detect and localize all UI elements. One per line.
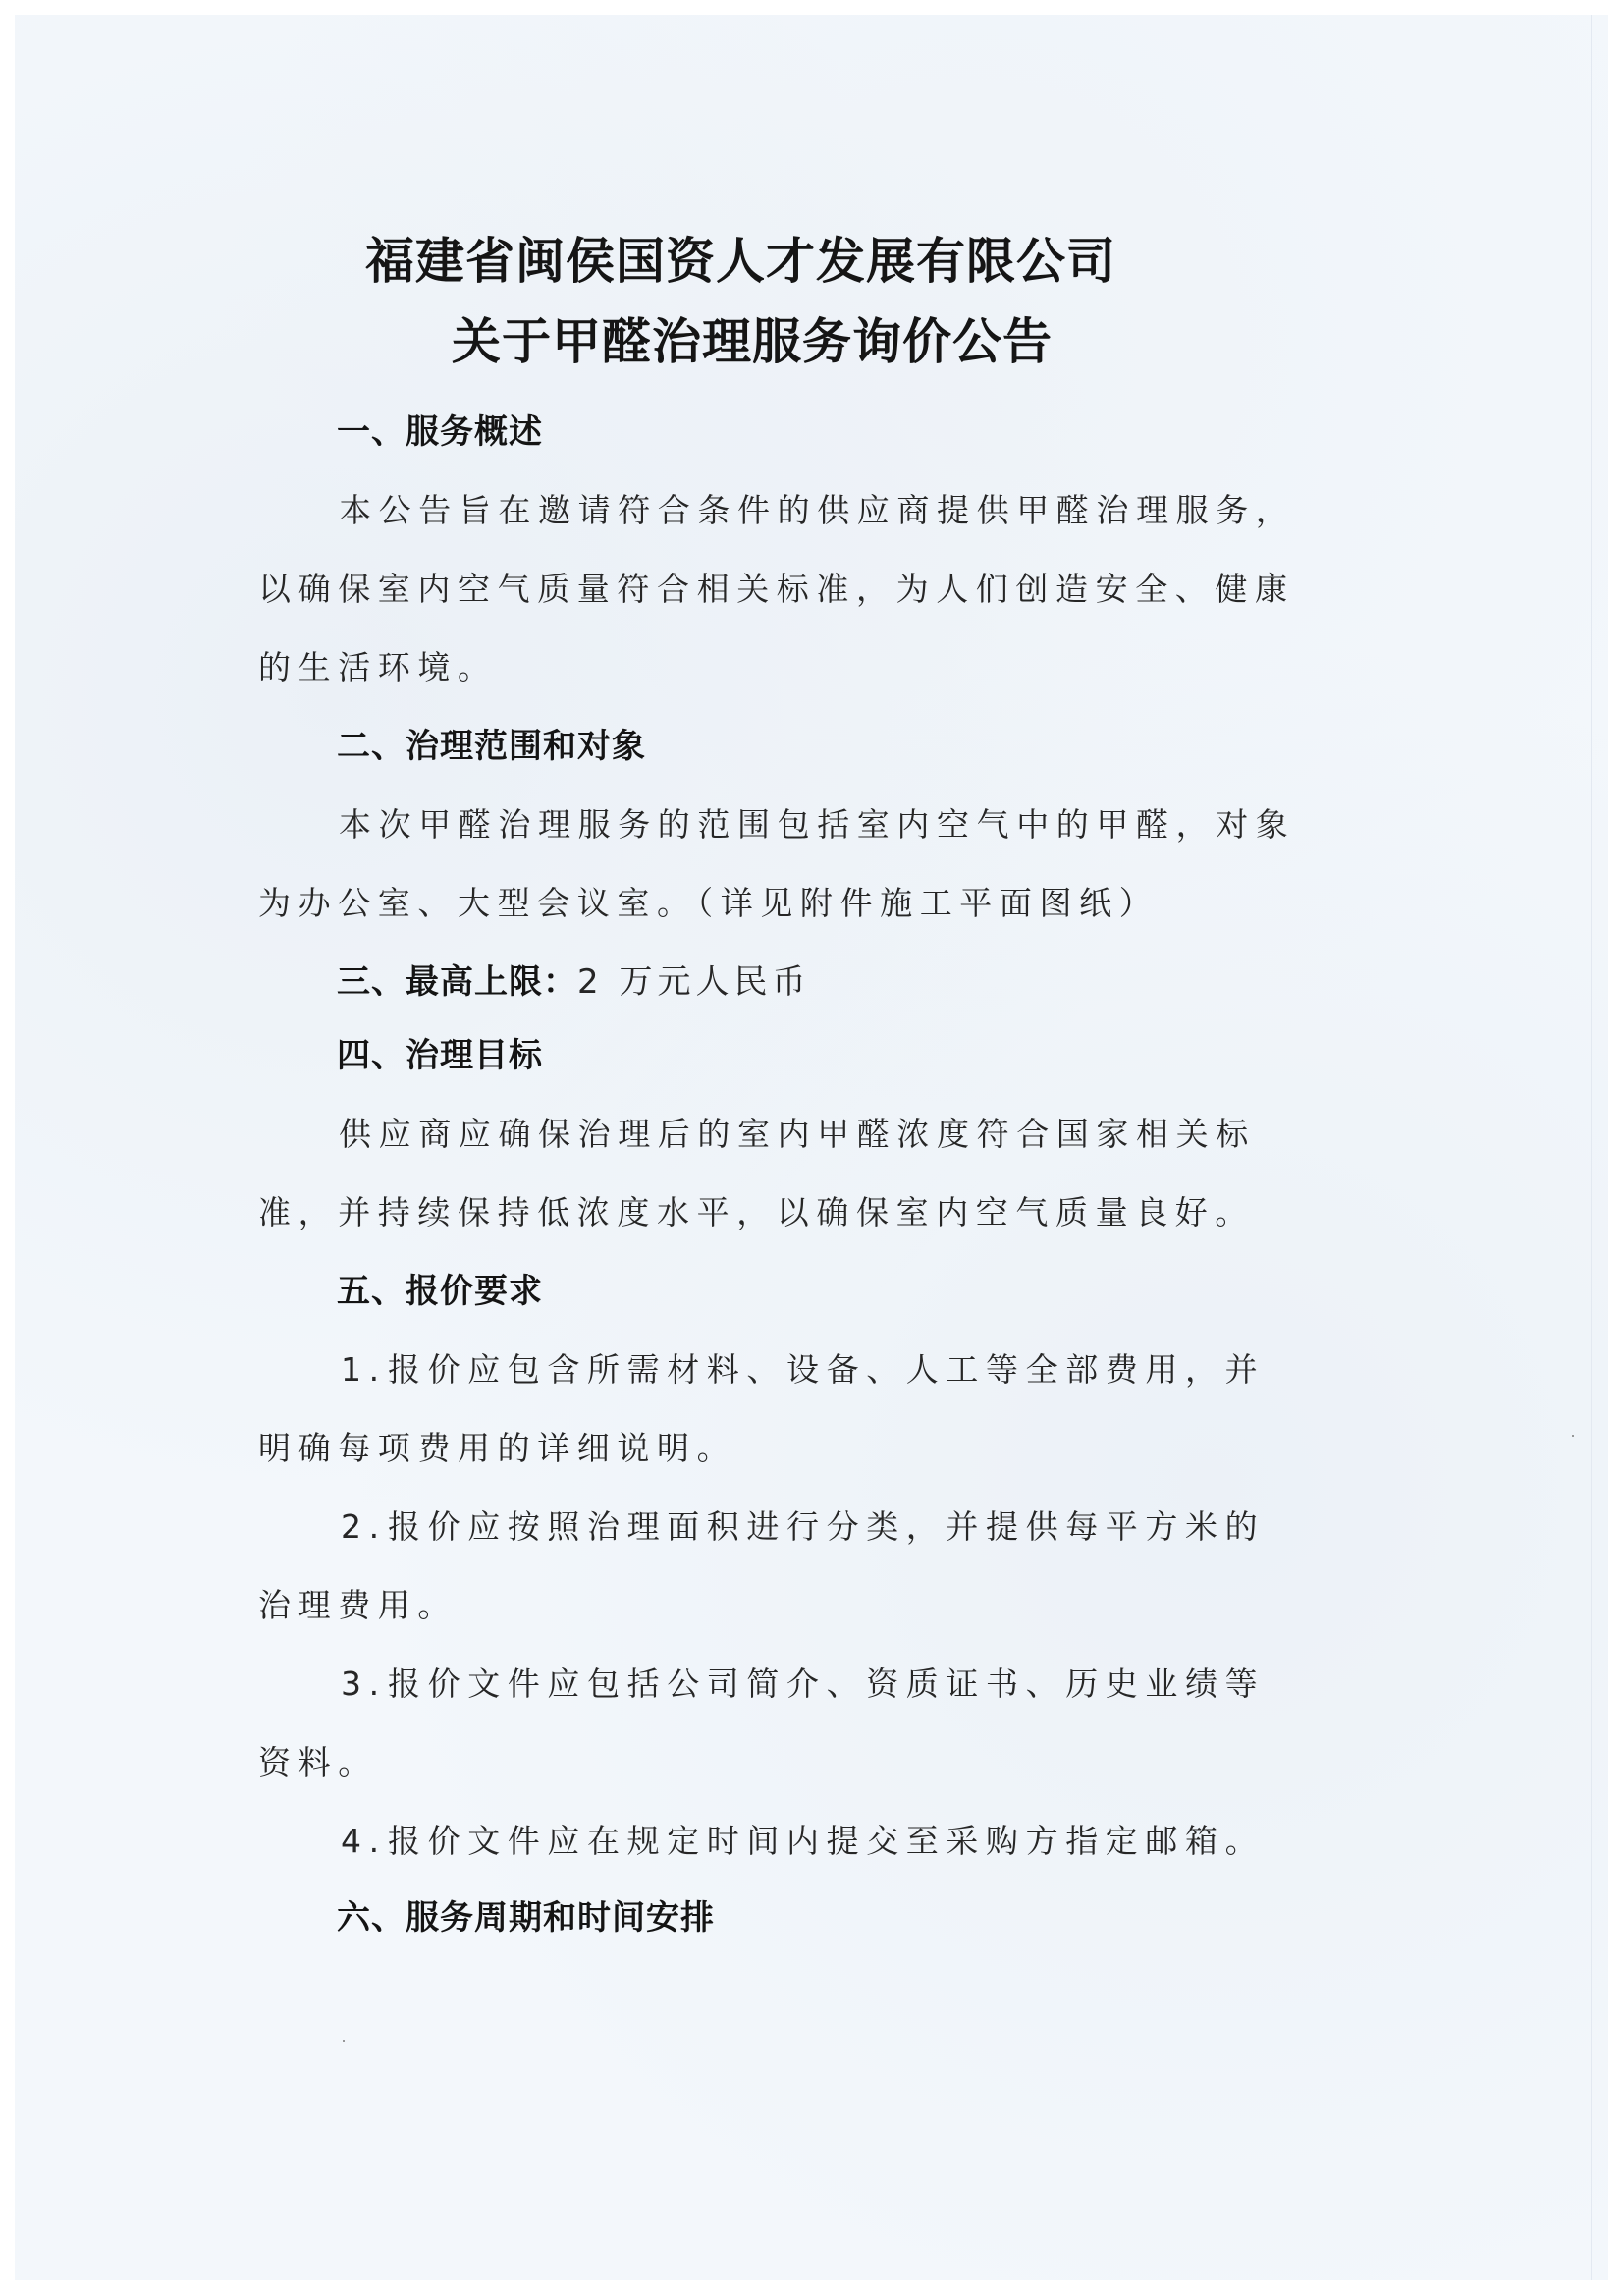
section-heading-4: 四、治理目标: [337, 1034, 543, 1077]
section-1-line-2: 以确保室内空气质量符合相关标准，为人们创造安全、健康: [258, 568, 1295, 611]
document-title-line-1: 福建省闽侯国资人才发展有限公司: [365, 232, 1116, 291]
section-heading-3: 三、最高上限：2 万元人民币: [337, 960, 810, 1004]
section-heading-1: 一、服务概述: [337, 410, 543, 454]
scan-speck: [1572, 1435, 1574, 1437]
section-1-line-3: 的生活环境。: [258, 646, 498, 689]
quote-item-2-line-1: 2.报价应按照治理面积进行分类，并提供每平方米的: [341, 1505, 1265, 1549]
quote-item-3-line-1: 3.报价文件应包括公司简介、资质证书、历史业绩等: [341, 1663, 1265, 1706]
section-2-line-2: 为办公室、大型会议室。（详见附件施工平面图纸）: [258, 882, 1159, 925]
quote-item-3-number: 3.: [341, 1663, 388, 1706]
quote-item-3-text: 报价文件应包括公司简介、资质证书、历史业绩等: [388, 1665, 1265, 1703]
section-4-line-1: 供应商应确保治理后的室内甲醛浓度符合国家相关标: [339, 1113, 1256, 1156]
quote-item-2-number: 2.: [341, 1505, 388, 1549]
quote-item-4-line-1: 4.报价文件应在规定时间内提交至采购方指定邮箱。: [341, 1820, 1265, 1863]
scan-speck: [343, 2040, 345, 2042]
quote-item-1-line-1: 1.报价应包含所需材料、设备、人工等全部费用，并: [341, 1348, 1265, 1392]
quote-item-4-number: 4.: [341, 1820, 388, 1863]
scan-edge-line: [1591, 15, 1592, 2280]
max-limit-value: 2 万元人民币: [577, 962, 810, 1002]
section-2-line-1: 本次甲醛治理服务的范围包括室内空气中的甲醛，对象: [339, 803, 1295, 847]
quote-item-2-text: 报价应按照治理面积进行分类，并提供每平方米的: [388, 1507, 1265, 1546]
max-limit-label: 三、最高上限：: [337, 962, 577, 1002]
section-4-line-2: 准，并持续保持低浓度水平，以确保室内空气质量良好。: [258, 1191, 1255, 1234]
section-heading-2: 二、治理范围和对象: [337, 725, 646, 768]
quote-item-2-line-2: 治理费用。: [258, 1584, 458, 1627]
section-heading-6: 六、服务周期和时间安排: [337, 1896, 715, 1940]
document-title-line-2: 关于甲醛治理服务询价公告: [452, 312, 1053, 371]
quote-item-3-line-2: 资料。: [258, 1741, 378, 1784]
quote-item-4-text: 报价文件应在规定时间内提交至采购方指定邮箱。: [388, 1822, 1265, 1860]
quote-item-1-line-2: 明确每项费用的详细说明。: [258, 1427, 736, 1470]
quote-item-1-number: 1.: [341, 1348, 388, 1392]
section-heading-5: 五、报价要求: [337, 1270, 543, 1313]
section-1-line-1: 本公告旨在邀请符合条件的供应商提供甲醛治理服务，: [339, 489, 1295, 532]
quote-item-1-text: 报价应包含所需材料、设备、人工等全部费用，并: [388, 1350, 1265, 1389]
